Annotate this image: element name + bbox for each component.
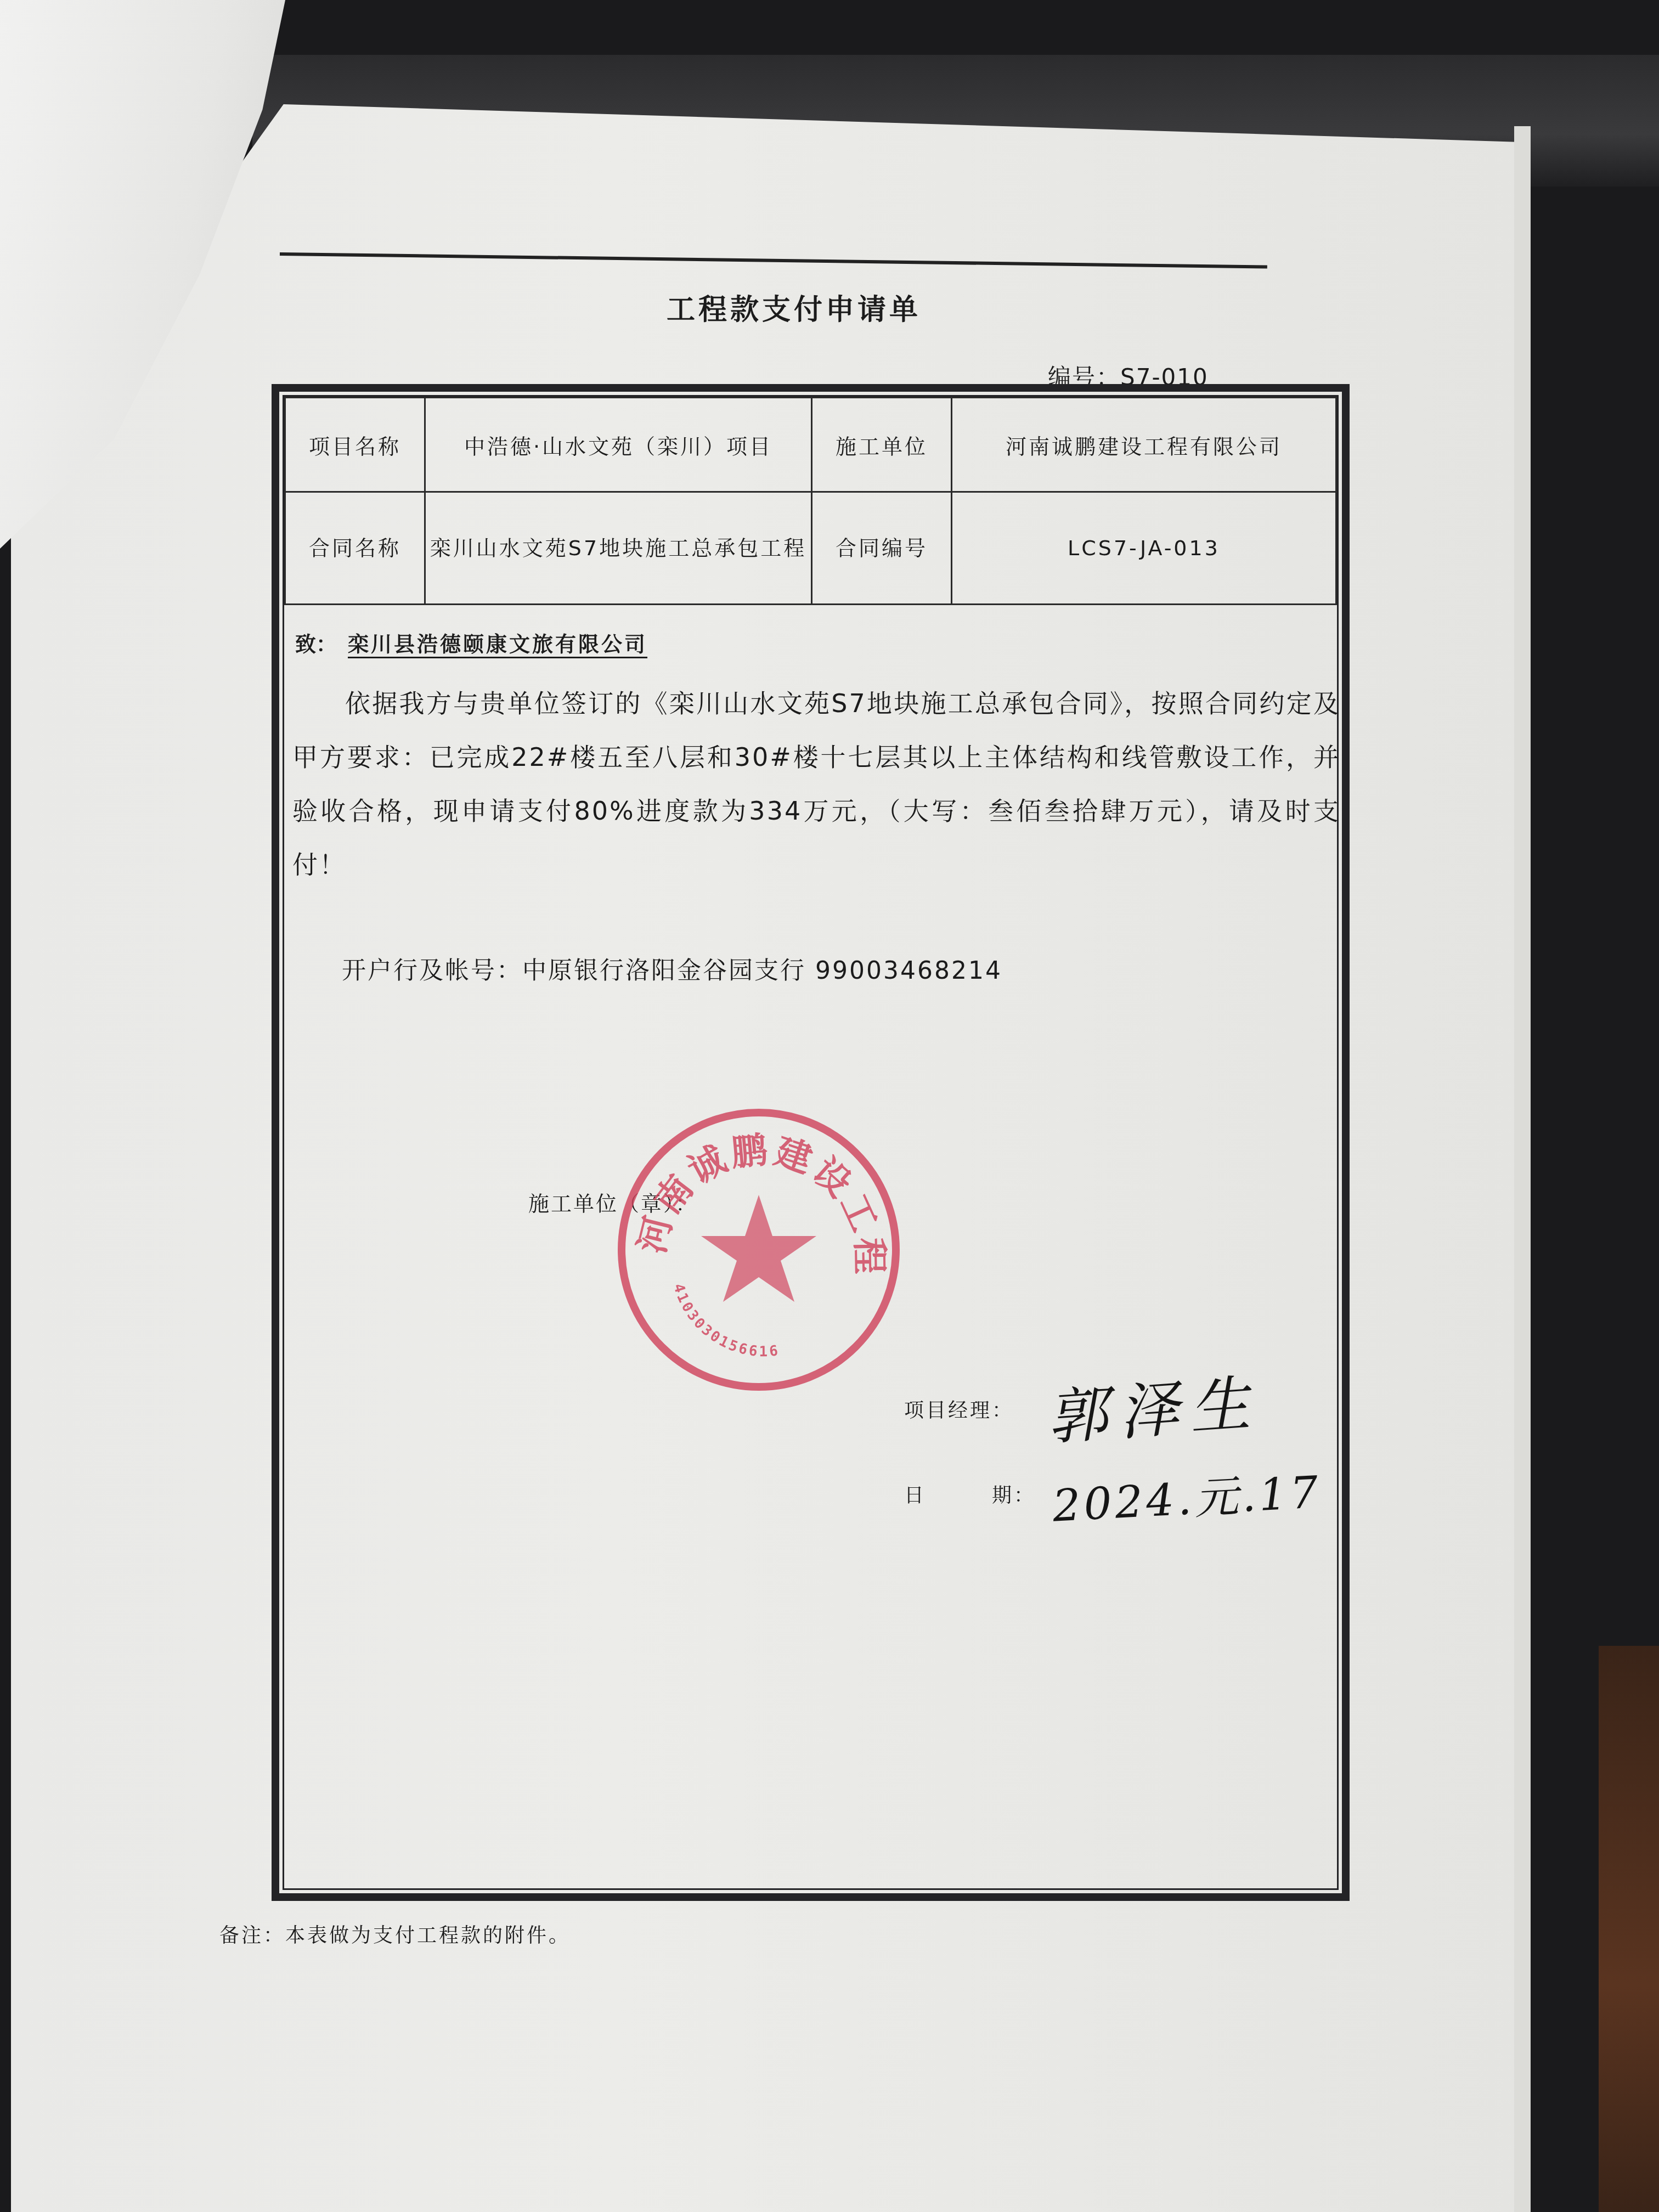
contractor-value: 河南诚鹏建设工程有限公司: [952, 398, 1336, 492]
footer-note: 备注：本表做为支付工程款的附件。: [219, 1920, 571, 1948]
handwritten-date: 2024.元.17: [1051, 1457, 1323, 1534]
table-row: 合同名称 栾川山水文苑S7地块施工总承包工程 合同编号 LCS7-JA-013: [285, 492, 1336, 605]
addressee-line: 致：栾川县浩德颐康文旅有限公司: [295, 627, 647, 657]
date-label-period: 期：: [992, 1485, 1036, 1507]
company-seal-icon: 河南诚鹏建设工程有限公司 4103030156616: [613, 1104, 904, 1395]
recipient-name: 栾川县浩德颐康文旅有限公司: [348, 632, 647, 656]
project-manager-label: 项目经理：: [904, 1395, 1014, 1423]
date-label-day: 日: [904, 1485, 926, 1507]
paper-stack-edge: [1514, 126, 1531, 2212]
info-table: 项目名称 中浩德·山水文苑（栾川）项目 施工单位 河南诚鹏建设工程有限公司 合同…: [284, 397, 1337, 605]
to-label: 致：: [295, 632, 337, 656]
form-frame: 项目名称 中浩德·山水文苑（栾川）项目 施工单位 河南诚鹏建设工程有限公司 合同…: [272, 384, 1350, 1901]
request-body: 依据我方与贵单位签订的《栾川山水文苑S7地块施工总承包合同》，按照合同约定及甲方…: [292, 676, 1340, 891]
contract-name-label: 合同名称: [285, 492, 425, 605]
contract-name-value: 栾川山水文苑S7地块施工总承包工程: [425, 492, 812, 605]
contract-no-value: LCS7-JA-013: [952, 492, 1336, 605]
svg-text:4103030156616: 4103030156616: [670, 1282, 781, 1360]
bank-account-line: 开户行及帐号：中原银行洛阳金谷园支行 99003468214: [342, 951, 1002, 986]
form-body: 项目名称 中浩德·山水文苑（栾川）项目 施工单位 河南诚鹏建设工程有限公司 合同…: [283, 395, 1339, 1890]
bank-account-number: 99003468214: [806, 957, 1002, 985]
wood-surface: [1599, 1646, 1659, 2212]
project-name-label: 项目名称: [285, 398, 425, 492]
project-manager-signature: 郭泽生: [1044, 1355, 1263, 1457]
project-name-value: 中浩德·山水文苑（栾川）项目: [425, 398, 812, 492]
date-label: 日期：: [904, 1480, 1036, 1508]
document-title: 工程款支付申请单: [667, 286, 921, 328]
table-row: 项目名称 中浩德·山水文苑（栾川）项目 施工单位 河南诚鹏建设工程有限公司: [285, 398, 1336, 492]
contract-no-label: 合同编号: [812, 492, 952, 605]
bank-label: 开户行及帐号：: [342, 957, 522, 985]
bank-name: 中原银行洛阳金谷园支行: [522, 957, 806, 985]
contractor-label: 施工单位: [812, 398, 952, 492]
